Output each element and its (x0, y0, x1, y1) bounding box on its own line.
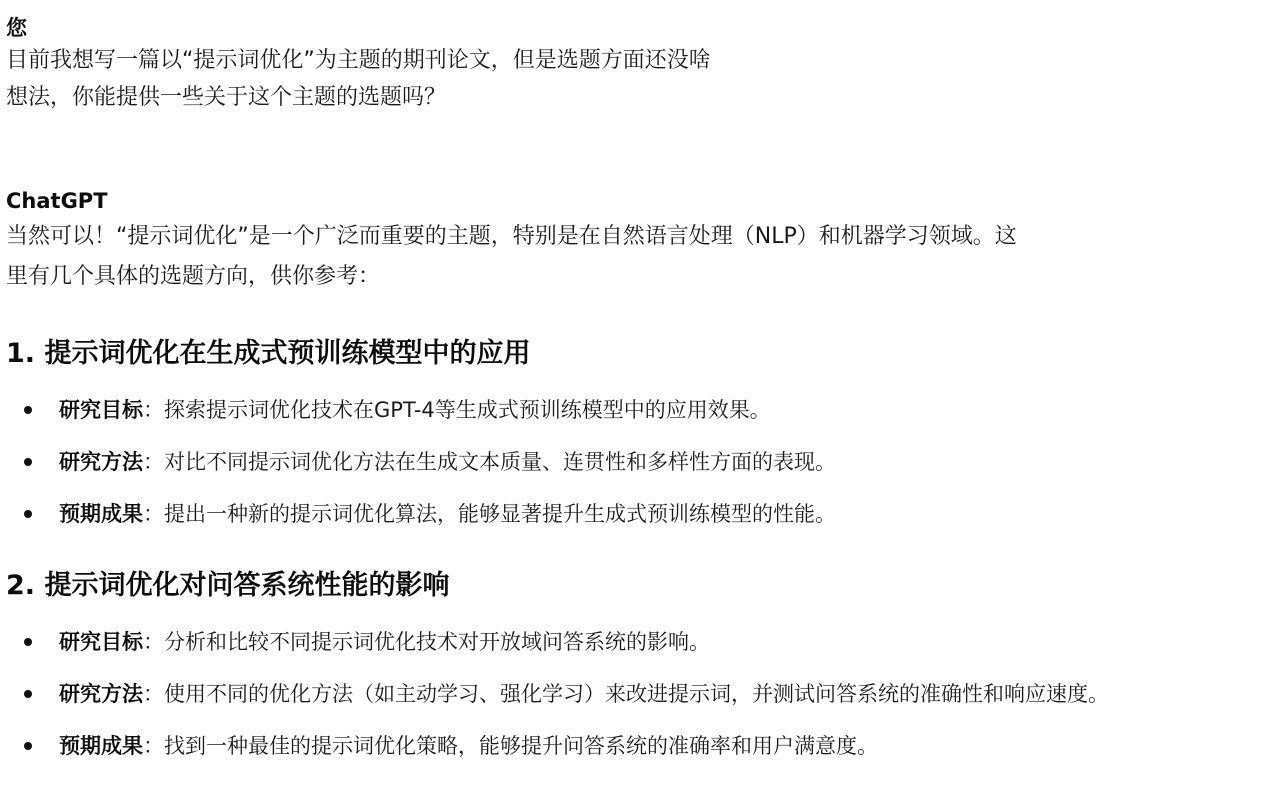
bullet-label: 研究目标 (59, 398, 143, 422)
bullet-separator: ： (143, 630, 164, 654)
bullet-text: 探索提示词优化技术在GPT-4等生成式预训练模型中的应用效果。 (164, 398, 771, 422)
bullet-separator: ： (143, 734, 164, 758)
bullet-separator: ： (143, 502, 164, 526)
list-item: 研究目标：分析和比较不同提示词优化技术对开放域问答系统的影响。 (6, 622, 1276, 662)
section-heading-2: 2. 提示词优化对问答系统性能的影响 (6, 568, 449, 604)
bullet-icon (24, 510, 32, 518)
assistant-message: ChatGPT 当然可以！“提示词优化”是一个广泛而重要的主题，特别是在自然语言… (6, 187, 1276, 297)
list-item: 预期成果：提出一种新的提示词优化算法，能够显著提升生成式预训练模型的性能。 (6, 494, 1276, 534)
bullet-label: 研究方法 (59, 682, 143, 706)
bullet-separator: ： (143, 682, 164, 706)
bullet-icon (24, 458, 32, 466)
assistant-speaker-label: ChatGPT (6, 187, 1276, 215)
assistant-intro-line: 里有几个具体的选题方向，供你参考： (6, 257, 1276, 297)
bullet-label: 研究目标 (59, 630, 143, 654)
list-item: 预期成果：找到一种最佳的提示词优化策略，能够提升问答系统的准确率和用户满意度。 (6, 726, 1276, 766)
bullet-icon (24, 638, 32, 646)
bullet-text: 使用不同的优化方法（如主动学习、强化学习）来改进提示词，并测试问答系统的准确性和… (164, 682, 1109, 706)
bullet-text: 对比不同提示词优化方法在生成文本质量、连贯性和多样性方面的表现。 (164, 450, 836, 474)
user-message-line: 想法，你能提供一些关于这个主题的选题吗？ (6, 79, 886, 116)
bullet-text: 分析和比较不同提示词优化技术对开放域问答系统的影响。 (164, 630, 710, 654)
user-speaker-label: 您 (6, 14, 886, 42)
list-item: 研究方法：使用不同的优化方法（如主动学习、强化学习）来改进提示词，并测试问答系统… (6, 674, 1239, 714)
bullet-icon (24, 742, 32, 750)
assistant-intro-text: 当然可以！“提示词优化”是一个广泛而重要的主题，特别是在自然语言处理（NLP）和… (6, 217, 1276, 297)
user-message-text: 目前我想写一篇以“提示词优化”为主题的期刊论文，但是选题方面还没啥 想法，你能提… (6, 42, 886, 116)
user-message: 您 目前我想写一篇以“提示词优化”为主题的期刊论文，但是选题方面还没啥 想法，你… (6, 14, 886, 116)
user-message-line: 目前我想写一篇以“提示词优化”为主题的期刊论文，但是选题方面还没啥 (6, 42, 886, 79)
assistant-intro-line: 当然可以！“提示词优化”是一个广泛而重要的主题，特别是在自然语言处理（NLP）和… (6, 217, 1276, 257)
section-heading-1: 1. 提示词优化在生成式预训练模型中的应用 (6, 336, 530, 372)
section-1-bullets: 研究目标：探索提示词优化技术在GPT-4等生成式预训练模型中的应用效果。 研究方… (6, 390, 1276, 546)
bullet-separator: ： (143, 398, 164, 422)
section-2-bullets: 研究目标：分析和比较不同提示词优化技术对开放域问答系统的影响。 研究方法：使用不… (6, 622, 1276, 778)
bullet-icon (24, 690, 32, 698)
bullet-label: 预期成果 (59, 502, 143, 526)
bullet-label: 研究方法 (59, 450, 143, 474)
bullet-text: 提出一种新的提示词优化算法，能够显著提升生成式预训练模型的性能。 (164, 502, 836, 526)
bullet-label: 预期成果 (59, 734, 143, 758)
list-item: 研究方法：对比不同提示词优化方法在生成文本质量、连贯性和多样性方面的表现。 (6, 442, 1276, 482)
bullet-icon (24, 406, 32, 414)
list-item: 研究目标：探索提示词优化技术在GPT-4等生成式预训练模型中的应用效果。 (6, 390, 1276, 430)
bullet-text: 找到一种最佳的提示词优化策略，能够提升问答系统的准确率和用户满意度。 (164, 734, 878, 758)
bullet-separator: ： (143, 450, 164, 474)
